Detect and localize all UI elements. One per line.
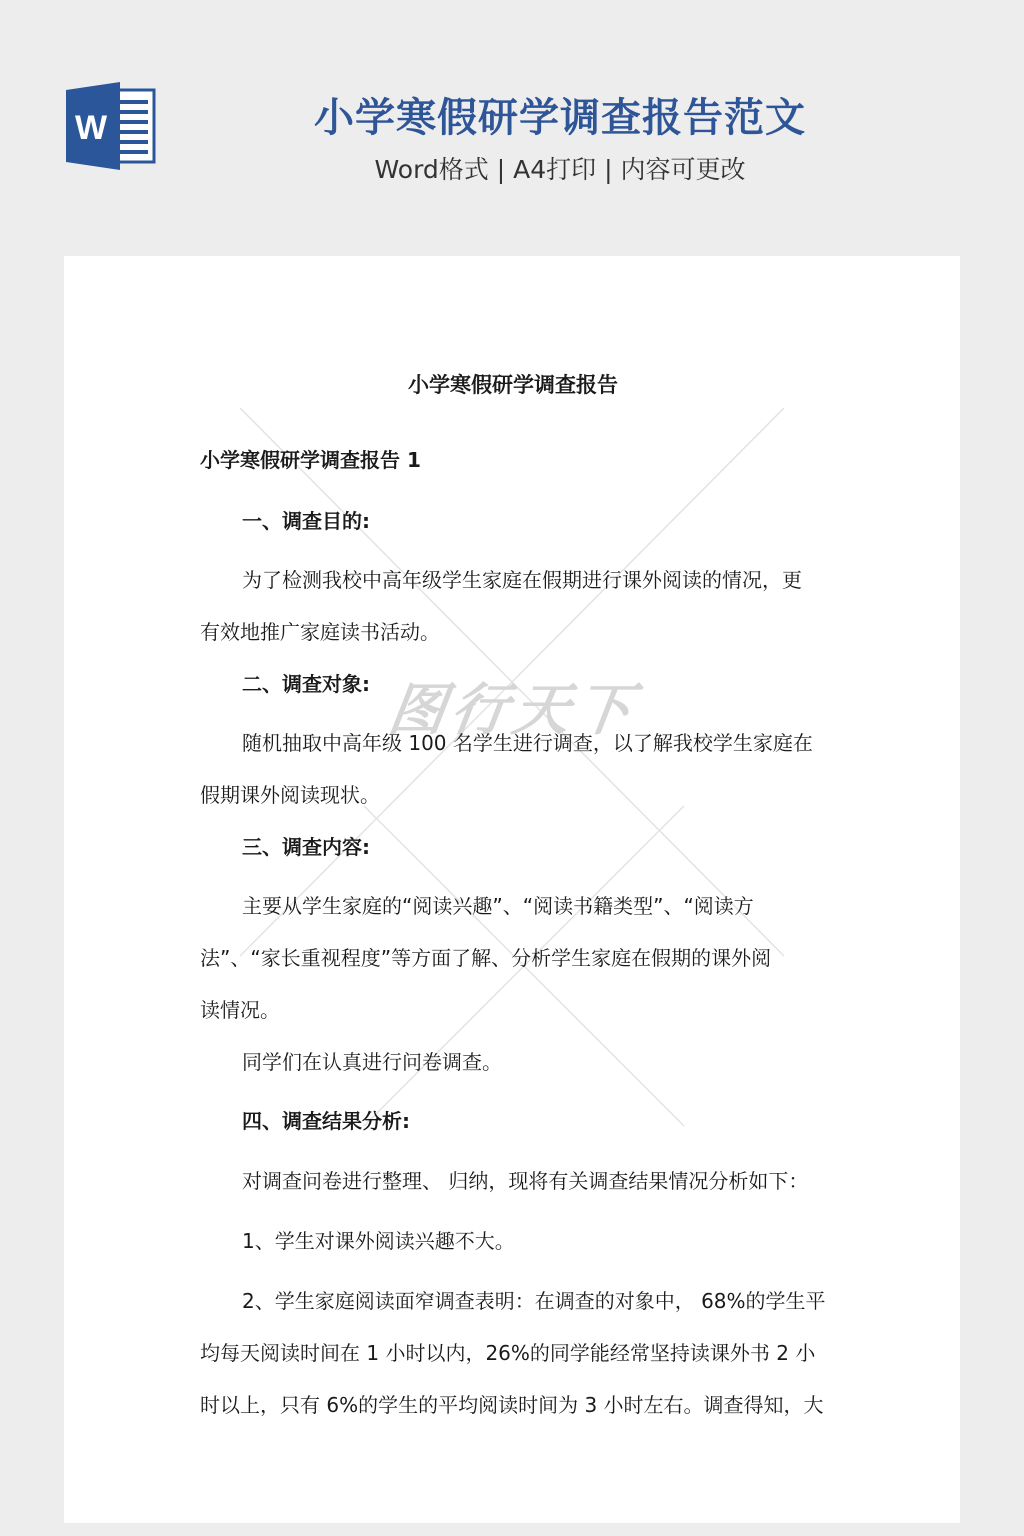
section-heading: 三、调查内容: [200, 833, 370, 861]
document-main-title: 小学寒假研学调查报告 [200, 371, 826, 399]
paragraph-line: 均每天阅读时间在 1 小时以内，26%的同学能经常坚持读课外书 2 小 [200, 1339, 815, 1367]
paragraph-line: 2、学生家庭阅读面窄调查表明：在调查的对象中， 68%的学生平 [200, 1287, 826, 1315]
paragraph-line: 时以上，只有 6%的学生的平均阅读时间为 3 小时左右。调查得知，大 [200, 1391, 824, 1419]
section-heading: 二、调查对象: [200, 670, 370, 698]
word-doc-icon: W [64, 80, 158, 172]
svg-text:W: W [75, 109, 108, 147]
paragraph-line: 为了检测我校中高年级学生家庭在假期进行课外阅读的情况，更 [200, 566, 802, 594]
section-heading: 四、调查结果分析: [200, 1107, 410, 1135]
paragraph-line: 随机抽取中高年级 100 名学生进行调查，以了解我校学生家庭在 [200, 729, 813, 757]
paragraph-line: 读情况。 [200, 996, 280, 1024]
page-title: 小学寒假研学调查报告范文 [240, 92, 880, 144]
paragraph-line: 法”、“家长重视程度”等方面了解、分析学生家庭在假期的课外阅 [200, 944, 771, 972]
paragraph-line: 对调查问卷进行整理、 归纳，现将有关调查结果情况分析如下： [200, 1167, 808, 1195]
section-heading: 一、调查目的: [200, 507, 370, 535]
section-title: 小学寒假研学调查报告 1 [200, 446, 421, 474]
paragraph-line: 同学们在认真进行问卷调查。 [200, 1048, 502, 1076]
page-subtitle: Word格式 | A4打印 | 内容可更改 [240, 152, 880, 188]
paragraph-line: 有效地推广家庭读书活动。 [200, 618, 440, 646]
watermark-lines [64, 256, 960, 1523]
paragraph-line: 主要从学生家庭的“阅读兴趣”、“阅读书籍类型”、“阅读方 [200, 892, 754, 920]
paragraph-line: 假期课外阅读现状。 [200, 781, 380, 809]
document-page: 图行天下 小学寒假研学调查报告 小学寒假研学调查报告 1 一、调查目的:为了检测… [64, 256, 960, 1523]
paragraph-line: 1、学生对课外阅读兴趣不大。 [200, 1227, 515, 1255]
